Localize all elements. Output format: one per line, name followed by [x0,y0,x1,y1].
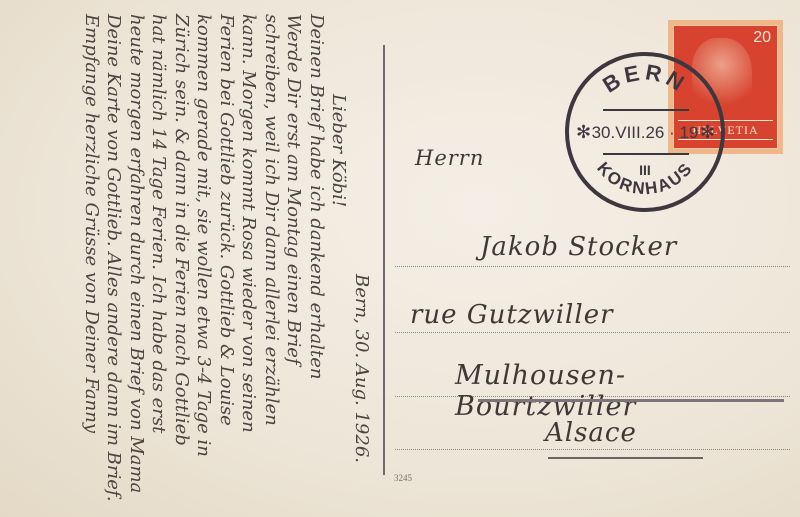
address-line [395,266,790,267]
message-line: hat nämlich 14 Tage Ferien. Ich habe das… [147,14,170,503]
stamp-value: 20 [753,29,771,47]
message-line: Zürich sein. & dann in die Ferien nach G… [170,14,193,503]
message-line: heute morgen erfahren durch einen Brief … [125,14,148,503]
svg-text:✻: ✻ [576,122,591,143]
message-line: Deinen Brief habe ich dankend erhalten [305,14,328,503]
svg-text:30.VIII.26 · 19: 30.VIII.26 · 19 [592,123,699,142]
address-name: Jakob Stocker [480,232,677,262]
handwritten-message: Bern, 30. Aug. 1926. Lieber Köbi! Deinen… [0,0,380,517]
address-street: rue Gutzwiller [410,300,614,330]
message-line: Werde Dir erst am Montag einen Brief [282,14,305,503]
address-country: Alsace [545,418,637,448]
address-line [395,332,790,333]
message-line: kann. Morgen kommt Rosa wieder von seine… [237,14,260,503]
address-line [395,449,790,450]
message-line: schreiben, weil ich Dir dann allerlei er… [260,14,283,503]
center-divider [383,45,385,475]
message-date: Bern, 30. Aug. 1926. [350,14,373,463]
message-line: Ferien bei Gottlieb zurück. Gottlieb & L… [215,14,238,503]
message-line: Empfange herzliche Grüsse von Deiner Fan… [80,14,103,503]
postcard: Bern, 30. Aug. 1926. Lieber Köbi! Deinen… [0,0,800,517]
address-salutation: Herrn [415,146,484,170]
country-underline [548,457,703,459]
message-line: Deine Karte von Gottlieb. Alles andere d… [102,14,125,503]
message-greeting: Lieber Köbi! [327,94,350,503]
message-line: kommen gerade mit, sie wollen etwa 3-4 T… [192,14,215,503]
postmark: BERN KORNHAUS 30.VIII.26 · 19 III ✻ ✻ [563,50,727,214]
print-number: 3245 [394,473,412,483]
svg-text:BERN: BERN [598,59,692,97]
svg-text:✻: ✻ [700,122,715,143]
svg-text:III: III [639,162,651,178]
address-city: Mulhousen-Bourtzwiller [455,360,800,422]
city-underline [478,399,784,402]
